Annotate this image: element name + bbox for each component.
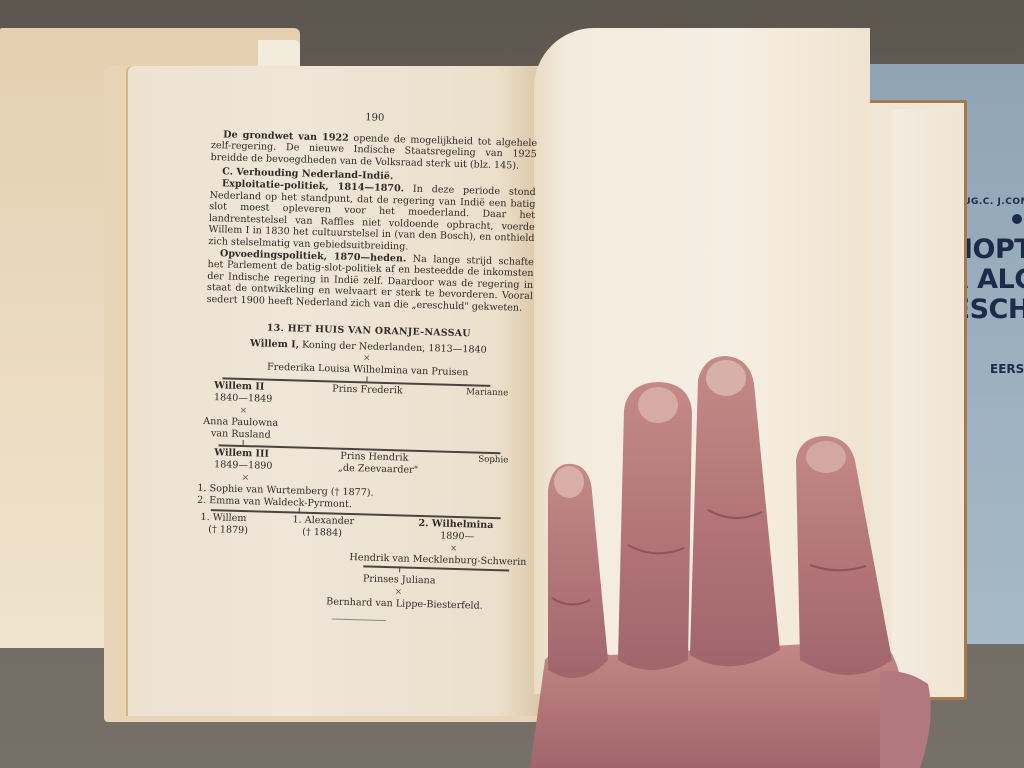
tree-willem-ii-years: 1840—1849 [214,392,273,405]
end-rule [332,619,386,622]
tree-marianne: Marianne [466,387,508,400]
tree-prinses-juliana: Prinses Juliana [363,573,436,587]
paragraph-exploitatie: Exploitatie-politiek, 1814—1870. In deze… [208,178,536,257]
tree-wilhelmina-years: 1890— [440,531,474,544]
family-tree: Willem I, Koning der Nederlanden, 1813—1… [197,335,532,664]
marriage-symbol: × [363,353,371,365]
tree-willem-iii: Willem III [214,447,269,460]
tree-sophie: Sophie [478,455,508,467]
tree-rule-gen3 [211,509,501,519]
marriage-symbol: × [394,587,402,599]
tree-willem: 1. Willem [200,512,246,525]
marriage-symbol: × [239,406,247,418]
tree-van-rusland: van Rusland [211,428,271,441]
cover-dot-ornament [1012,214,1022,224]
tree-willem-ii: Willem II [214,380,264,393]
tree-connector [399,567,400,573]
marriage-symbol: × [450,544,458,556]
tree-bernhard: Bernhard van Lippe-Biesterfeld. [326,596,483,612]
tree-prins-hendrik-nickname: „de Zeevaarder" [338,463,418,477]
tree-wilhelmina: 2. Wilhelmina [418,518,493,532]
tree-willem-iii-years: 1849—1890 [214,459,273,472]
tree-alexander-death: († 1884) [302,527,342,540]
right-page-blank[interactable] [534,28,870,694]
page-190-text: 190 De grondwet van 1922 opende de mogel… [197,108,538,664]
paragraph-grondwet: De grondwet van 1922 opende de mogelijkh… [210,129,537,173]
paragraph-2-body: In deze periode stond Nederland op het s… [208,183,536,252]
tree-root-name: Willem I, [250,338,299,350]
tree-root-title: Koning der Nederlanden, 1813—1840 [299,340,487,356]
tree-prins-frederik: Prins Frederik [332,384,403,398]
marriage-symbol: × [241,473,249,485]
cover-subtitle: EERS [990,362,1024,376]
tree-willem-death: († 1879) [208,524,248,537]
paragraph-opvoeding: Opvoedingspolitiek, 1870—heden. Na lange… [206,247,533,314]
open-book-back-cover [862,100,967,700]
endpaper [892,109,960,691]
